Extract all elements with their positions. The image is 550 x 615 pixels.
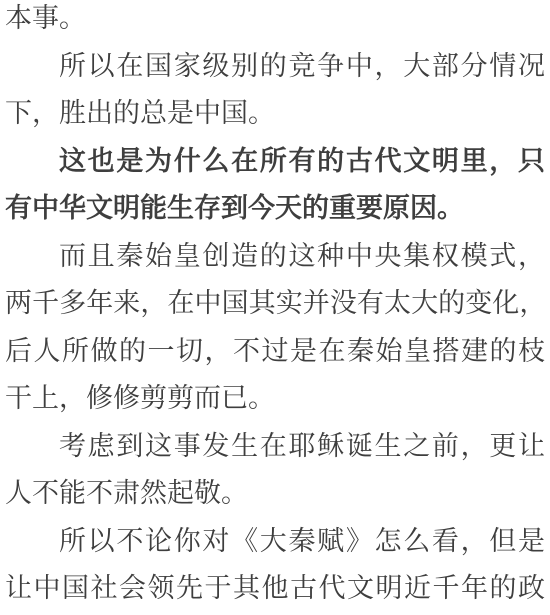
- text-line: 人不能不肃然起敬。: [5, 470, 545, 518]
- article-body: 本事。 所以在国家级别的竞争中，大部分情况 下，胜出的总是中国。 这也是为什么在…: [0, 0, 550, 613]
- text-line: 后人所做的一切，不过是在秦始皇搭建的枝: [5, 328, 545, 376]
- text-line: 所以在国家级别的竞争中，大部分情况: [5, 43, 545, 91]
- text-line: 干上，修修剪剪而已。: [5, 375, 545, 423]
- text-line: 本事。: [5, 0, 545, 43]
- text-line: 考虑到这事发生在耶稣诞生之前，更让: [5, 423, 545, 471]
- text-line-emphasis: 有中华文明能生存到今天的重要原因。: [5, 185, 545, 233]
- text-line-emphasis: 这也是为什么在所有的古代文明里，只: [5, 138, 545, 186]
- text-line: 下，胜出的总是中国。: [5, 90, 545, 138]
- text-line: 而且秦始皇创造的这种中央集权模式，: [5, 233, 545, 281]
- text-line: 所以不论你对《大秦赋》怎么看，但是: [5, 518, 545, 566]
- text-line: 让中国社会领先于其他古代文明近千年的政: [5, 565, 545, 613]
- text-line: 两千多年来，在中国其实并没有太大的变化，: [5, 280, 545, 328]
